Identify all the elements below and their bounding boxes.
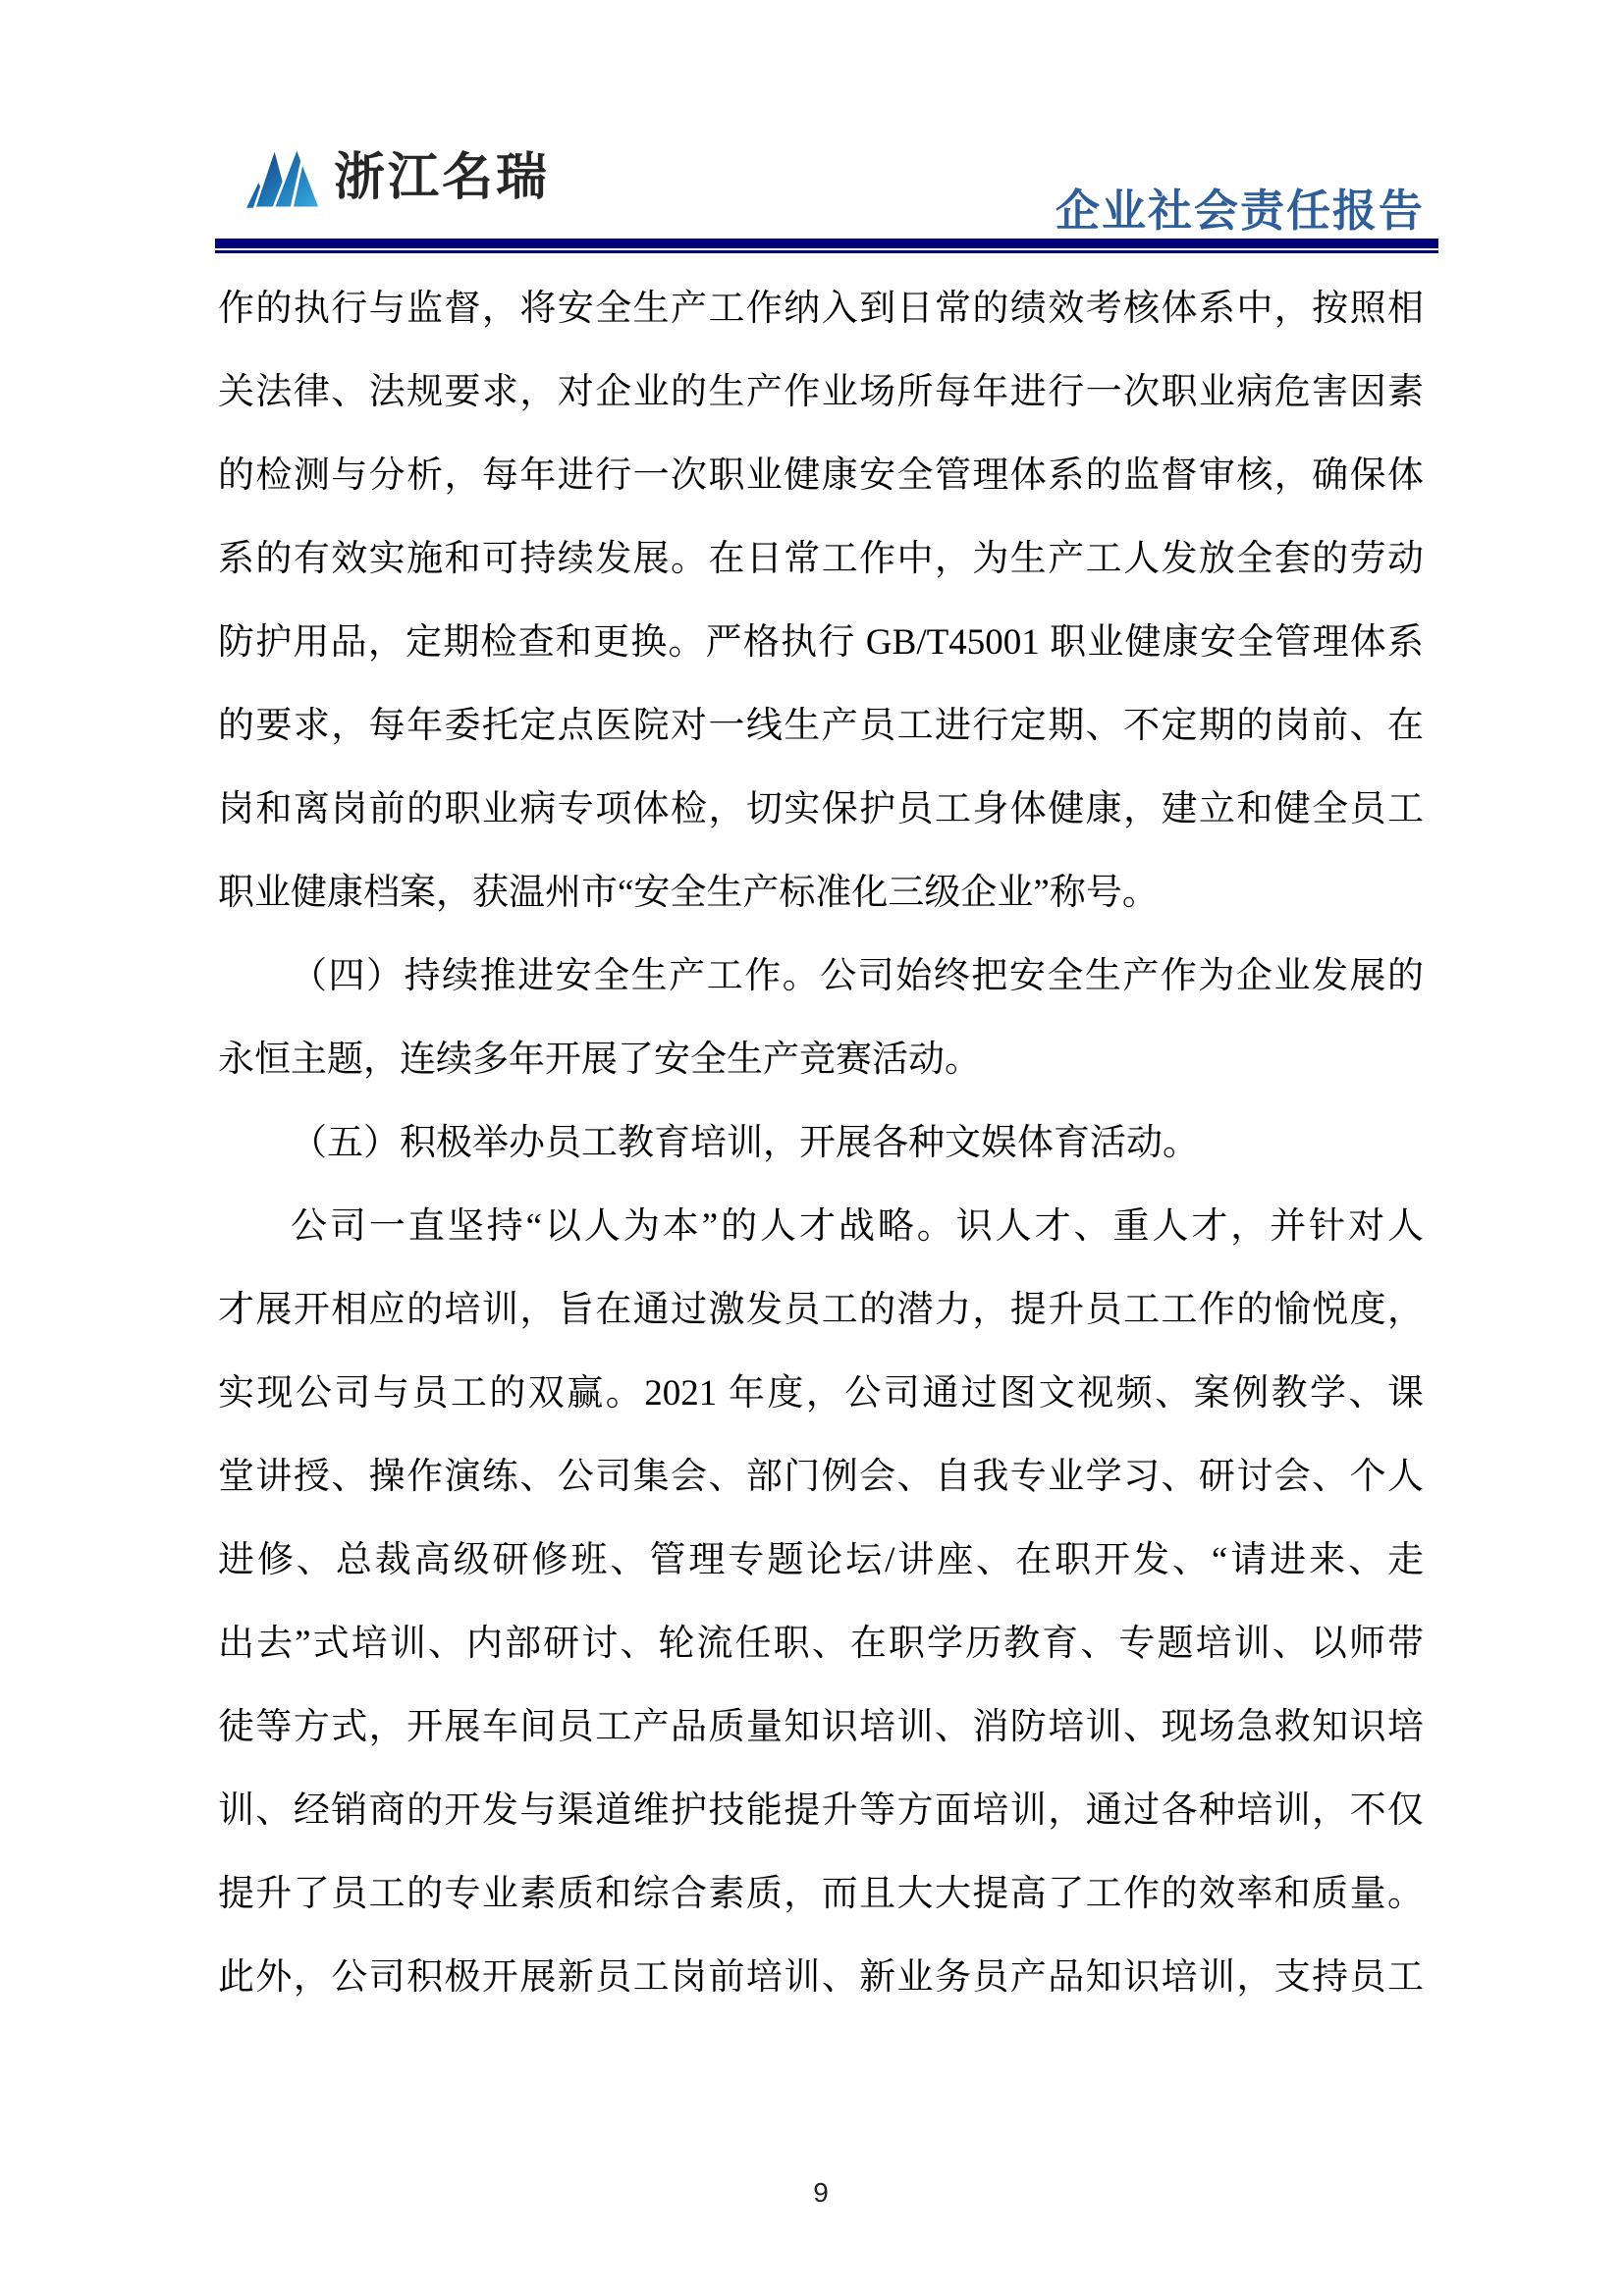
text-line: 关法律、法规要求，对企业的生产作业场所每年进行一次职业病危害因素 — [218, 350, 1424, 434]
text-line: 训、经销商的开发与渠道维护技能提升等方面培训，通过各种培训，不仅 — [218, 1769, 1424, 1852]
header-rule-thick — [215, 239, 1438, 248]
text-line: 进修、总裁高级研修班、管理专题论坛/讲座、在职开发、“请进来、走 — [218, 1519, 1424, 1602]
text-line: 永恒主题，连续多年开展了安全生产竞赛活动。 — [218, 1018, 1424, 1101]
text-line: 作的执行与监督，将安全生产工作纳入到日常的绩效考核体系中，按照相 — [218, 267, 1424, 350]
header-rule — [215, 239, 1438, 253]
header-rule-thin — [215, 250, 1438, 253]
text-line: （四）持续推进安全生产工作。公司始终把安全生产作为企业发展的 — [218, 934, 1424, 1018]
report-title: 企业社会责任报告 — [1056, 187, 1425, 236]
logo-text: 浙江名瑞 — [334, 145, 550, 210]
text-line: （五）积极举办员工教育培训，开展各种文娱体育活动。 — [218, 1101, 1424, 1185]
text-line: 此外，公司积极开展新员工岗前培训、新业务员产品知识培训，支持员工 — [218, 1936, 1424, 2019]
text-line: 堂讲授、操作演练、公司集会、部门例会、自我专业学习、研讨会、个人 — [218, 1435, 1424, 1519]
text-line: 岗和离岗前的职业病专项体检，切实保护员工身体健康，建立和健全员工 — [218, 768, 1424, 851]
text-line: 防护用品，定期检查和更换。严格执行 GB/T45001 职业健康安全管理体系 — [218, 601, 1424, 684]
text-line: 提升了员工的专业素质和综合素质，而且大大提高了工作的效率和质量。 — [218, 1852, 1424, 1936]
document-page: 浙江名瑞 企业社会责任报告 作的执行与监督，将安全生产工作纳入到日常的绩效考核体… — [0, 0, 1624, 2296]
logo-mountain-icon — [245, 145, 324, 210]
page-number: 9 — [218, 2177, 1424, 2209]
text-line: 的要求，每年委托定点医院对一线生产员工进行定期、不定期的岗前、在 — [218, 684, 1424, 768]
text-line: 的检测与分析，每年进行一次职业健康安全管理体系的监督审核，确保体 — [218, 434, 1424, 517]
text-line: 出去”式培训、内部研讨、轮流任职、在职学历教育、专题培训、以师带 — [218, 1602, 1424, 1685]
body-text: 作的执行与监督，将安全生产工作纳入到日常的绩效考核体系中，按照相关法律、法规要求… — [218, 267, 1424, 2019]
text-line: 徒等方式，开展车间员工产品质量知识培训、消防培训、现场急救知识培 — [218, 1685, 1424, 1769]
text-line: 才展开相应的培训，旨在通过激发员工的潜力，提升员工工作的愉悦度， — [218, 1268, 1424, 1352]
text-line: 公司一直坚持“以人为本”的人才战略。识人才、重人才，并针对人 — [218, 1185, 1424, 1268]
text-line: 职业健康档案，获温州市“安全生产标准化三级企业”称号。 — [218, 851, 1424, 934]
company-logo: 浙江名瑞 — [245, 145, 550, 210]
text-line: 实现公司与员工的双赢。2021 年度，公司通过图文视频、案例教学、课 — [218, 1352, 1424, 1435]
text-line: 系的有效实施和可持续发展。在日常工作中，为生产工人发放全套的劳动 — [218, 517, 1424, 601]
